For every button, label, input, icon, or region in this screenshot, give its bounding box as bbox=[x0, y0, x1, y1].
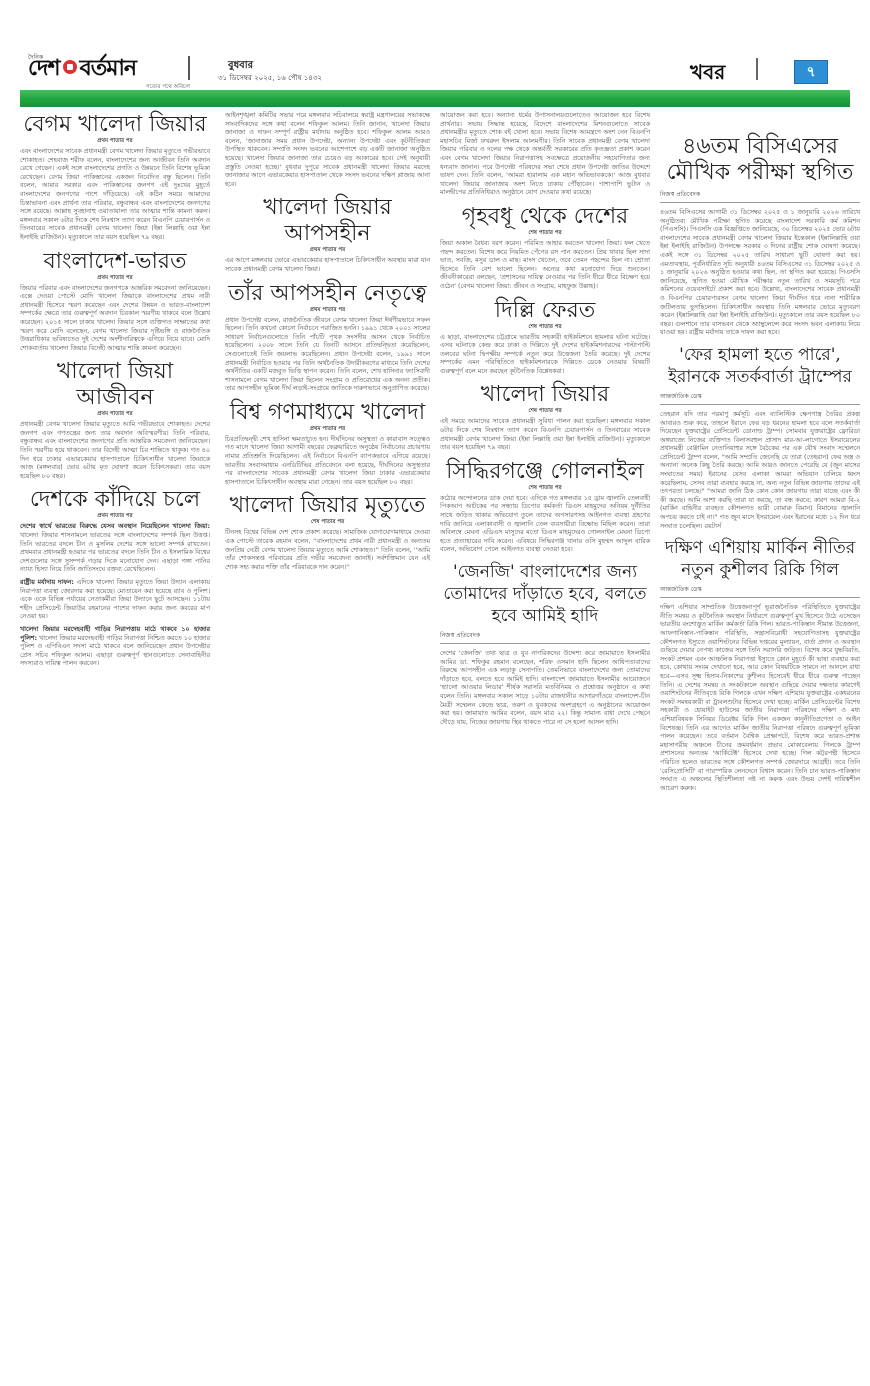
article-siddhirganj[interactable]: সিদ্ধিরগঞ্জে গোলনাইল শেষ পাতার পর কঠোর অ… bbox=[440, 459, 650, 555]
masthead-divider bbox=[188, 56, 190, 80]
jump-line: প্রথম পাতার পর bbox=[225, 247, 430, 255]
subhead-burial: রাষ্ট্রীয় মর্যাদায় দাফন: bbox=[20, 579, 74, 586]
column-2: আইনশৃঙ্খলা কমিটির সভার পরে মঙ্গলবার সচিব… bbox=[225, 112, 430, 578]
jump-line: শেষ পাতার পর bbox=[440, 485, 650, 493]
byline: নিজস্ব প্রতিবেদক bbox=[660, 189, 860, 203]
article-begum-khaleda[interactable]: বেগম খালেদা জিয়ার প্রথম পাতার পর এবং বা… bbox=[20, 112, 210, 243]
headline: দেশকে কাঁদিয়ে চলে bbox=[20, 487, 210, 513]
article-body: প্রধানমন্ত্রী বেগম খালেদা জিয়ার মৃত্যুত… bbox=[20, 421, 210, 481]
headline: খালেদা জিয়া আজীবন bbox=[20, 359, 210, 411]
headline: দক্ষিণ এশিয়ায় মার্কিন নীতির নতুন কুশীল… bbox=[660, 537, 860, 581]
article-trump-warning[interactable]: 'ফের হামলা হতে পারে', ইরানকে সতর্কবার্তা… bbox=[660, 344, 860, 531]
article-body: এই সময়ে আমাদের সাবেক প্রধানমন্ত্রী সুবি… bbox=[440, 418, 650, 452]
jump-line: প্রথম পাতার পর bbox=[20, 411, 210, 419]
headline: 'ফের হামলা হতে পারে', ইরানকে সতর্কবার্তা… bbox=[660, 344, 860, 388]
article-body: আইনশৃঙ্খলা কমিটির সভার পরে মঙ্গলবার সচিব… bbox=[225, 112, 430, 189]
jump-line: শেষ পাতার পর bbox=[440, 230, 650, 238]
headline: বাংলাদেশ-ভারত bbox=[20, 249, 210, 275]
jump-line: শেষ পাতার পর bbox=[225, 519, 430, 527]
article-lifelong[interactable]: খালেদা জিয়া আজীবন প্রথম পাতার পর প্রধান… bbox=[20, 359, 210, 481]
jump-line: প্রথম পাতার পর bbox=[225, 426, 430, 434]
byline: নিজস্ব প্রতিবেদক bbox=[440, 630, 650, 644]
masthead: দৈনিক দেশবর্তমান বুধবার ৩১ ডিসেম্বর ২০২৫… bbox=[0, 0, 870, 80]
bangladesh-map-emblem-icon bbox=[63, 60, 77, 74]
article-text-3: খালেদা জিয়ার মরদেহবাহী গাড়ির নিরাপত্তা… bbox=[20, 635, 210, 668]
column-4: ৪৬তম বিসিএসের মৌখিক পরীক্ষা স্থগিত নিজস্… bbox=[660, 112, 860, 799]
article-body: এবং বাংলাদেশের সাবেক প্রধানমন্ত্রী বেগম … bbox=[20, 148, 210, 243]
article-uncompromising-leadership[interactable]: তাঁর আপসহীন নেতৃত্বে প্রথম পাতার পর প্রধ… bbox=[225, 281, 430, 394]
article-made-nation-cry[interactable]: দেশকে কাঁদিয়ে চলে প্রথম পাতার পর দেশের … bbox=[20, 487, 210, 669]
article-body: জিয়া অকাল বৈধব্য বরণ করেন। পরিমিত আহার … bbox=[440, 240, 650, 292]
column-3: আয়োজন করা হবে। অন্যান্য ধর্মের উপাসনালয… bbox=[440, 112, 650, 733]
headline: সিদ্ধিরগঞ্জে গোলনাইল bbox=[440, 459, 650, 485]
headline: 'জেনজি' বাংলাদেশের জন্য তোমাদের দাঁড়াতে… bbox=[440, 561, 650, 627]
article-text: খালেদা জিয়ার শাসনামলে ভারতের সঙ্গে বাংল… bbox=[20, 532, 210, 573]
article-body: এ ছাড়া, বাংলাদেশের চট্টগ্রামে ভারতীয় স… bbox=[440, 334, 650, 377]
issue-date: ৩১ ডিসেম্বর ২০২৫, ১৬ পৌষ ১৪৩২ bbox=[218, 72, 322, 84]
article-text: জিয়া অকাল বৈধব্য বরণ করেন। পরিমিত আহার … bbox=[440, 240, 650, 290]
headline: খালেদা জিয়ার আপসহীন bbox=[225, 195, 430, 247]
jump-line: শেষ পাতার পর bbox=[440, 324, 650, 332]
column-1: বেগম খালেদা জিয়ার প্রথম পাতার পর এবং বা… bbox=[20, 112, 210, 675]
article-death-of-khaleda[interactable]: খালেদা জিয়ার মৃত্যুতে শেষ পাতার পর টিনস… bbox=[225, 493, 430, 572]
article-body: দেশের 'জেনজি' তথা ছাত্র ও যুব নাগরিকদের … bbox=[440, 650, 650, 727]
jump-line: শেষ পাতার পর bbox=[440, 408, 650, 416]
article-body: তেহরান যদি তার পরমাণু কর্মসূচি এবং ব্যাল… bbox=[660, 411, 860, 531]
article-khaleda-uncompromising[interactable]: খালেদা জিয়ার আপসহীন প্রথম পাতার পর এর আ… bbox=[225, 195, 430, 274]
headline: বেগম খালেদা জিয়ার bbox=[20, 112, 210, 138]
headline: গৃহবধূ থেকে দেশের bbox=[440, 204, 650, 230]
byline: আন্তর্জাতিক ডেস্ক bbox=[660, 391, 860, 405]
lead-subhead: দেশের স্বার্থে ভারতের বিরুদ্ধে যেসব অবস্… bbox=[20, 523, 210, 530]
article-south-asia[interactable]: দক্ষিণ এশিয়ায় মার্কিন নীতির নতুন কুশীল… bbox=[660, 537, 860, 793]
article-body: ৪৬তম বিসিএসের আগামী ৩১ ডিসেম্বর ২০২৫ ও ১… bbox=[660, 209, 860, 338]
logo-text-part2: বর্তমান bbox=[80, 56, 136, 81]
section-title: খবর bbox=[690, 58, 725, 91]
article-body: কঠোর অন্দোলনের ডাক দেয়া হবে। এদিকে গত ম… bbox=[440, 495, 650, 555]
article-khaleda-zia[interactable]: খালেদা জিয়ার শেষ পাতার পর এই সময়ে আমাদ… bbox=[440, 382, 650, 452]
jump-line: প্রথম পাতার পর bbox=[20, 275, 210, 283]
article-housewife[interactable]: গৃহবধূ থেকে দেশের শেষ পাতার পর জিয়া অকা… bbox=[440, 204, 650, 292]
jump-line: প্রথম পাতার পর bbox=[20, 138, 210, 146]
article-body: দক্ষিণ এশিয়ার সাম্প্রতিক উত্তেজনাপূর্ণ … bbox=[660, 604, 860, 793]
headline: তাঁর আপসহীন নেতৃত্বে bbox=[225, 281, 430, 307]
page-number-badge: ৭ bbox=[794, 60, 828, 84]
article-bangladesh-india[interactable]: বাংলাদেশ-ভারত প্রথম পাতার পর জিয়ার পরিব… bbox=[20, 249, 210, 354]
section-divider bbox=[756, 58, 758, 80]
byline: আন্তর্জাতিক ডেস্ক bbox=[660, 584, 860, 598]
article-body: টিনসহ বিশ্বের বিভিন্ন দেশ শোক প্রকাশ করে… bbox=[225, 529, 430, 572]
article-jamaat-amir[interactable]: 'জেনজি' বাংলাদেশের জন্য তোমাদের দাঁড়াতে… bbox=[440, 561, 650, 727]
headline: খালেদা জিয়ার bbox=[440, 382, 650, 408]
article-body: আয়োজন করা হবে। অন্যান্য ধর্মের উপাসনালয… bbox=[440, 112, 650, 198]
article-world-media[interactable]: বিশ্ব গণমাধ্যমে খালেদা প্রথম পাতার পর চি… bbox=[225, 400, 430, 488]
headline: বিশ্ব গণমাধ্যমে খালেদা bbox=[225, 400, 430, 426]
logo-text-part1: দেশ bbox=[28, 56, 60, 81]
article-delhi-return[interactable]: দিল্লি ফেরত শেষ পাতার পর এ ছাড়া, বাংলাদ… bbox=[440, 298, 650, 377]
article-body: জিয়ার পরিবার এবং বাংলাদেশের জনগণকে আন্ত… bbox=[20, 285, 210, 354]
article-body: এর আগে মঙ্গলবার ভোরে এভারকেয়ার হাসপাতাল… bbox=[225, 257, 430, 274]
article-bcs-viva[interactable]: ৪৬তম বিসিএসের মৌখিক পরীক্ষা স্থগিত নিজস্… bbox=[660, 134, 860, 338]
headline: দিল্লি ফেরত bbox=[440, 298, 650, 324]
headline: ৪৬তম বিসিএসের মৌখিক পরীক্ষা স্থগিত bbox=[660, 134, 860, 186]
headline: খালেদা জিয়ার মৃত্যুতে bbox=[225, 493, 430, 519]
green-banner-bar bbox=[20, 90, 850, 107]
newspaper-logo[interactable]: দেশবর্তমান bbox=[28, 58, 136, 80]
article-body: প্রধান উপদেষ্টা বলেন, রাজনৈতিক জীবনে বেগ… bbox=[225, 317, 430, 394]
article-body: দেশের স্বার্থে ভারতের বিরুদ্ধে যেসব অবস্… bbox=[20, 523, 210, 669]
jump-line: প্রথম পাতার পর bbox=[20, 513, 210, 521]
article-leadership-continued[interactable]: আইনশৃঙ্খলা কমিটির সভার পরে মঙ্গলবার সচিব… bbox=[225, 112, 430, 189]
article-funeral-prep[interactable]: আয়োজন করা হবে। অন্যান্য ধর্মের উপাসনালয… bbox=[440, 112, 650, 198]
article-body: চিরপ্রতিদ্বন্দ্বী শেখ হাসিনা ক্ষমতাচ্যুত… bbox=[225, 436, 430, 488]
jump-line: প্রথম পাতার পর bbox=[225, 307, 430, 315]
